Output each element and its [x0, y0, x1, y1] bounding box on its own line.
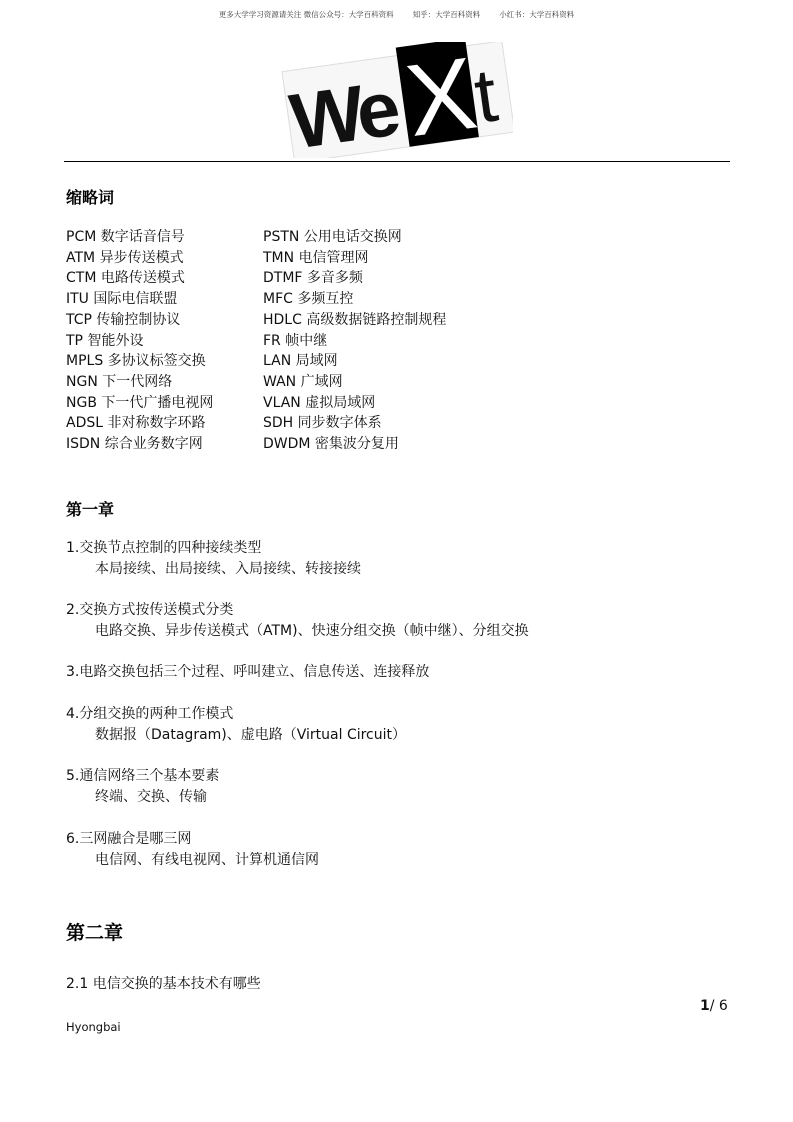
abbreviation-list: PCM 数字话音信号 PSTN 公用电话交换网 ATM 异步传送模式 TMN 电… [66, 227, 446, 455]
answer-text: 本局接续、出局接续、入局接续、转接接续 [66, 559, 361, 580]
abbr-item: ISDN 综合业务数字网 [66, 434, 263, 455]
question-text: 3.电路交换包括三个过程、呼叫建立、信息传送、连接释放 [66, 662, 429, 683]
answer-text: 终端、交换、传输 [66, 787, 219, 808]
question-block: 4.分组交换的两种工作模式 数据报（Datagram)、虚电路（Virtual … [66, 704, 406, 745]
abbr-item: TP 智能外设 [66, 331, 263, 352]
abbr-item: ADSL 非对称数字环路 [66, 413, 263, 434]
chapter1-heading: 第一章 [66, 497, 114, 520]
abbr-item: SDH 同步数字体系 [263, 413, 446, 434]
abbreviations-heading: 缩略词 [66, 185, 114, 208]
abbr-item: MFC 多频互控 [263, 289, 446, 310]
footer-author: Hyongbai [66, 1020, 121, 1034]
question-text: 2.1 电信交换的基本技术有哪些 [66, 974, 261, 995]
abbr-item: CTM 电路传送模式 [66, 268, 263, 289]
abbr-item: PCM 数字话音信号 [66, 227, 263, 248]
page-number: 1/ 6 [700, 998, 728, 1014]
answer-text: 电路交换、异步传送模式（ATM)、快速分组交换（帧中继）、分组交换 [66, 621, 529, 642]
abbr-item: FR 帧中继 [263, 331, 446, 352]
question-block: 2.1 电信交换的基本技术有哪些 [66, 974, 261, 995]
chapter2-heading: 第二章 [66, 918, 123, 945]
question-text: 2.交换方式按传送模式分类 [66, 600, 529, 621]
question-text: 4.分组交换的两种工作模式 [66, 704, 406, 725]
answer-text: 电信网、有线电视网、计算机通信网 [66, 850, 319, 871]
promo-header-text: 更多大学学习资源请关注 微信公众号：大学百科资料 知乎：大学百科资料 小红书：大… [0, 9, 793, 20]
abbr-item: TMN 电信管理网 [263, 248, 446, 269]
abbr-item: HDLC 高级数据链路控制规程 [263, 310, 446, 331]
logo-text-we: We [285, 63, 403, 158]
abbr-item: TCP 传输控制协议 [66, 310, 263, 331]
abbr-item: DWDM 密集波分复用 [263, 434, 446, 455]
abbr-item: ITU 国际电信联盟 [66, 289, 263, 310]
question-text: 5.通信网络三个基本要素 [66, 766, 219, 787]
header-divider [64, 161, 730, 162]
question-block: 2.交换方式按传送模式分类 电路交换、异步传送模式（ATM)、快速分组交换（帧中… [66, 600, 529, 641]
answer-text: 数据报（Datagram)、虚电路（Virtual Circuit） [66, 725, 406, 746]
page-current: 1 [700, 998, 710, 1014]
page-total: / 6 [710, 998, 728, 1014]
abbr-item: ATM 异步传送模式 [66, 248, 263, 269]
abbr-item: LAN 局域网 [263, 351, 446, 372]
abbr-item: NGB 下一代广播电视网 [66, 393, 263, 414]
abbr-item: VLAN 虚拟局域网 [263, 393, 446, 414]
question-block: 1.交换节点控制的四种接续类型 本局接续、出局接续、入局接续、转接接续 [66, 538, 361, 579]
question-text: 1.交换节点控制的四种接续类型 [66, 538, 361, 559]
abbr-item: NGN 下一代网络 [66, 372, 263, 393]
question-block: 5.通信网络三个基本要素 终端、交换、传输 [66, 766, 219, 807]
abbr-item: PSTN 公用电话交换网 [263, 227, 446, 248]
question-block: 6.三网融合是哪三网 电信网、有线电视网、计算机通信网 [66, 829, 319, 870]
abbr-item: MPLS 多协议标签交换 [66, 351, 263, 372]
abbr-item: DTMF 多音多频 [263, 268, 446, 289]
question-block: 3.电路交换包括三个过程、呼叫建立、信息传送、连接释放 [66, 662, 429, 683]
wext-logo: We X t [281, 42, 513, 158]
question-text: 6.三网融合是哪三网 [66, 829, 319, 850]
abbr-item: WAN 广域网 [263, 372, 446, 393]
